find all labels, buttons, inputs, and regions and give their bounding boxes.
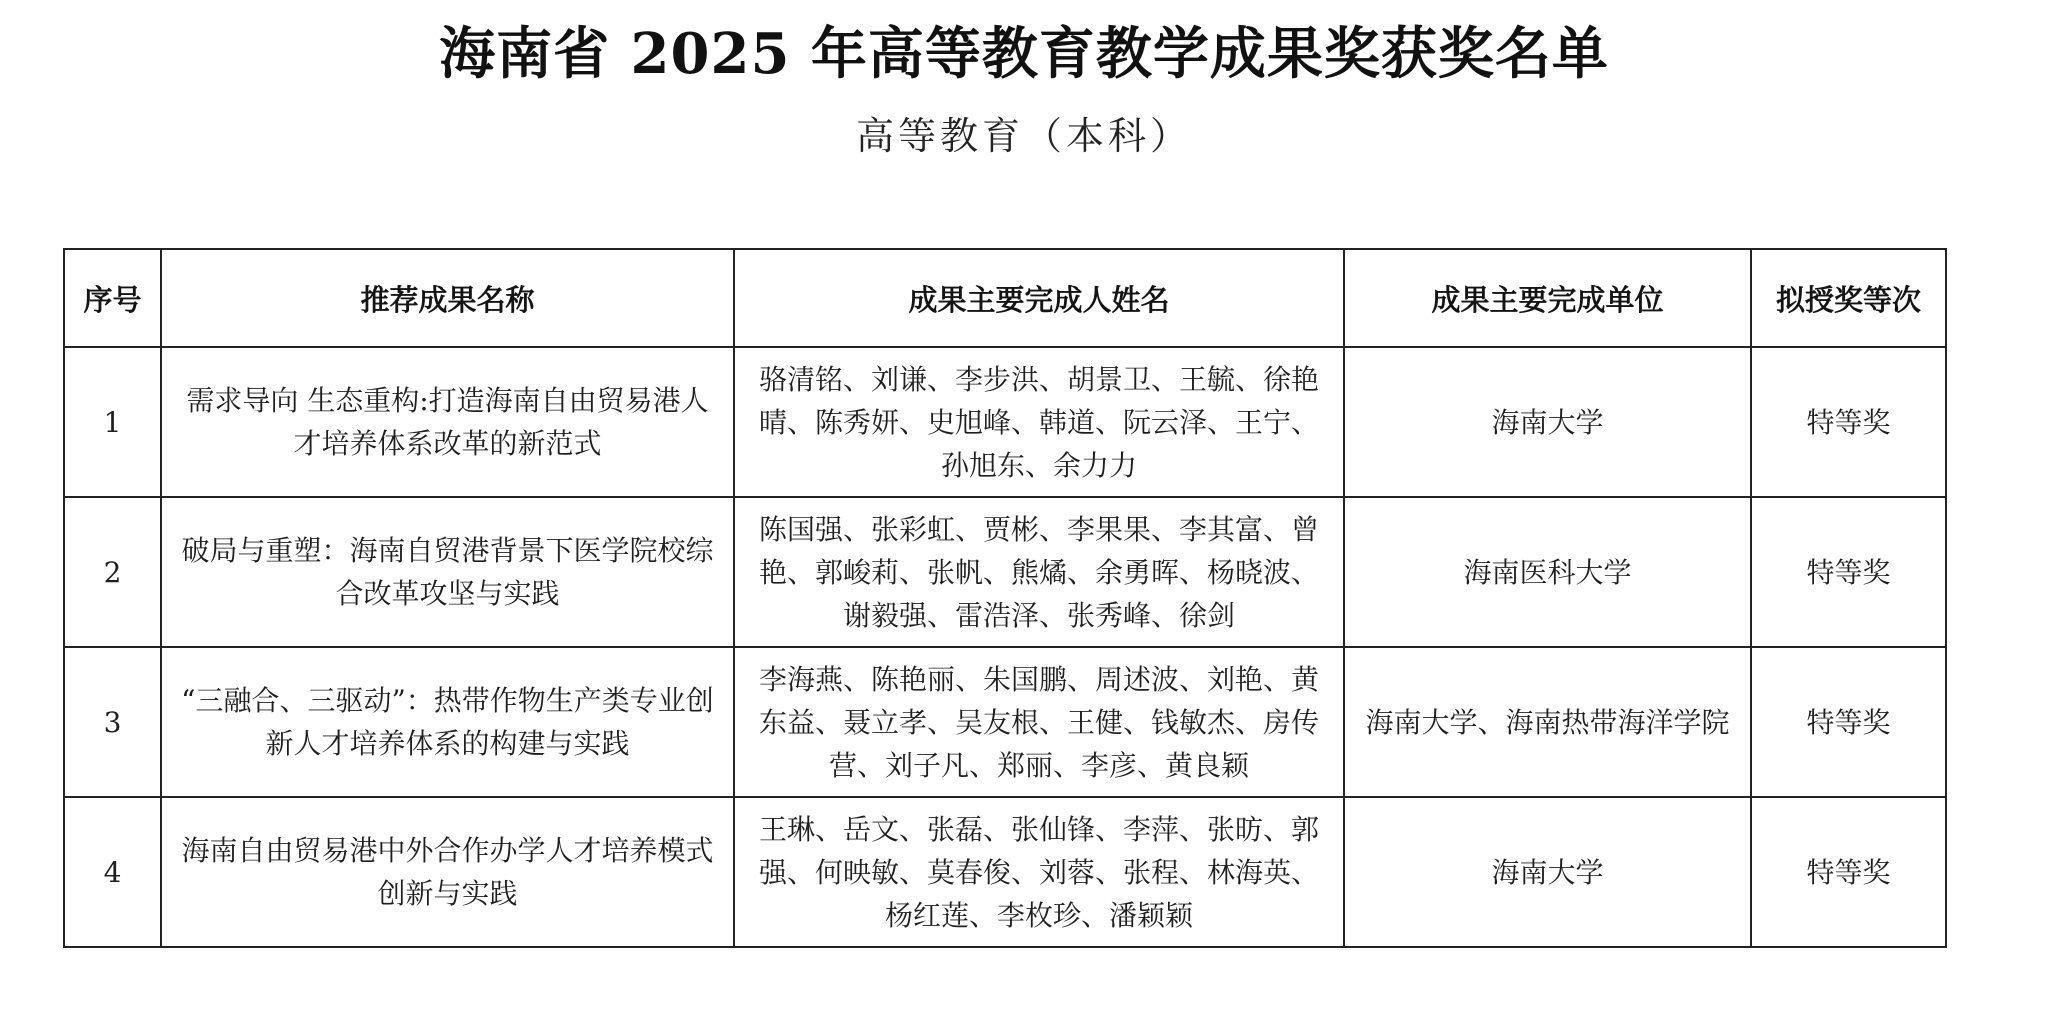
cell-achievement-title: 破局与重塑：海南自贸港背景下医学院校综合改革攻坚与实践 xyxy=(161,497,734,647)
cell-completers: 陈国强、张彩虹、贾彬、李果果、李其富、曾艳、郭峻莉、张帆、熊燏、余勇晖、杨晓波、… xyxy=(734,497,1344,647)
cell-seq: 4 xyxy=(64,797,161,947)
cell-seq: 3 xyxy=(64,647,161,797)
header-achievement-title: 推荐成果名称 xyxy=(161,249,734,347)
table-row: 2 破局与重塑：海南自贸港背景下医学院校综合改革攻坚与实践 陈国强、张彩虹、贾彬… xyxy=(64,497,1946,647)
cell-achievement-title: “三融合、三驱动”：热带作物生产类专业创新人才培养体系的构建与实践 xyxy=(161,647,734,797)
header-completers: 成果主要完成人姓名 xyxy=(734,249,1344,347)
cell-completers: 骆清铭、刘谦、李步洪、胡景卫、王毓、徐艳晴、陈秀妍、史旭峰、韩道、阮云泽、王宁、… xyxy=(734,347,1344,497)
table-row: 1 需求导向 生态重构:打造海南自由贸易港人才培养体系改革的新范式 骆清铭、刘谦… xyxy=(64,347,1946,497)
cell-unit: 海南大学 xyxy=(1344,797,1751,947)
table-header-row: 序号 推荐成果名称 成果主要完成人姓名 成果主要完成单位 拟授奖等次 xyxy=(64,249,1946,347)
document-subtitle: 高等教育（本科） xyxy=(0,106,2048,166)
cell-seq: 1 xyxy=(64,347,161,497)
document-title: 海南省 2025 年高等教育教学成果奖获奖名单 xyxy=(0,14,2048,94)
cell-award-level: 特等奖 xyxy=(1751,797,1946,947)
table-row: 4 海南自由贸易港中外合作办学人才培养模式创新与实践 王琳、岳文、张磊、张仙锋、… xyxy=(64,797,1946,947)
cell-achievement-title: 海南自由贸易港中外合作办学人才培养模式创新与实践 xyxy=(161,797,734,947)
cell-achievement-title: 需求导向 生态重构:打造海南自由贸易港人才培养体系改革的新范式 xyxy=(161,347,734,497)
cell-unit: 海南医科大学 xyxy=(1344,497,1751,647)
cell-unit: 海南大学、海南热带海洋学院 xyxy=(1344,647,1751,797)
cell-award-level: 特等奖 xyxy=(1751,497,1946,647)
table-row: 3 “三融合、三驱动”：热带作物生产类专业创新人才培养体系的构建与实践 李海燕、… xyxy=(64,647,1946,797)
cell-award-level: 特等奖 xyxy=(1751,647,1946,797)
cell-unit: 海南大学 xyxy=(1344,347,1751,497)
cell-completers: 王琳、岳文、张磊、张仙锋、李萍、张昉、郭强、何映敏、莫春俊、刘蓉、张程、林海英、… xyxy=(734,797,1344,947)
award-list-table: 序号 推荐成果名称 成果主要完成人姓名 成果主要完成单位 拟授奖等次 1 需求导… xyxy=(63,248,1947,948)
header-seq: 序号 xyxy=(64,249,161,347)
cell-seq: 2 xyxy=(64,497,161,647)
cell-completers: 李海燕、陈艳丽、朱国鹏、周述波、刘艳、黄东益、聂立孝、吴友根、王健、钱敏杰、房传… xyxy=(734,647,1344,797)
header-unit: 成果主要完成单位 xyxy=(1344,249,1751,347)
cell-award-level: 特等奖 xyxy=(1751,347,1946,497)
header-award-level: 拟授奖等次 xyxy=(1751,249,1946,347)
